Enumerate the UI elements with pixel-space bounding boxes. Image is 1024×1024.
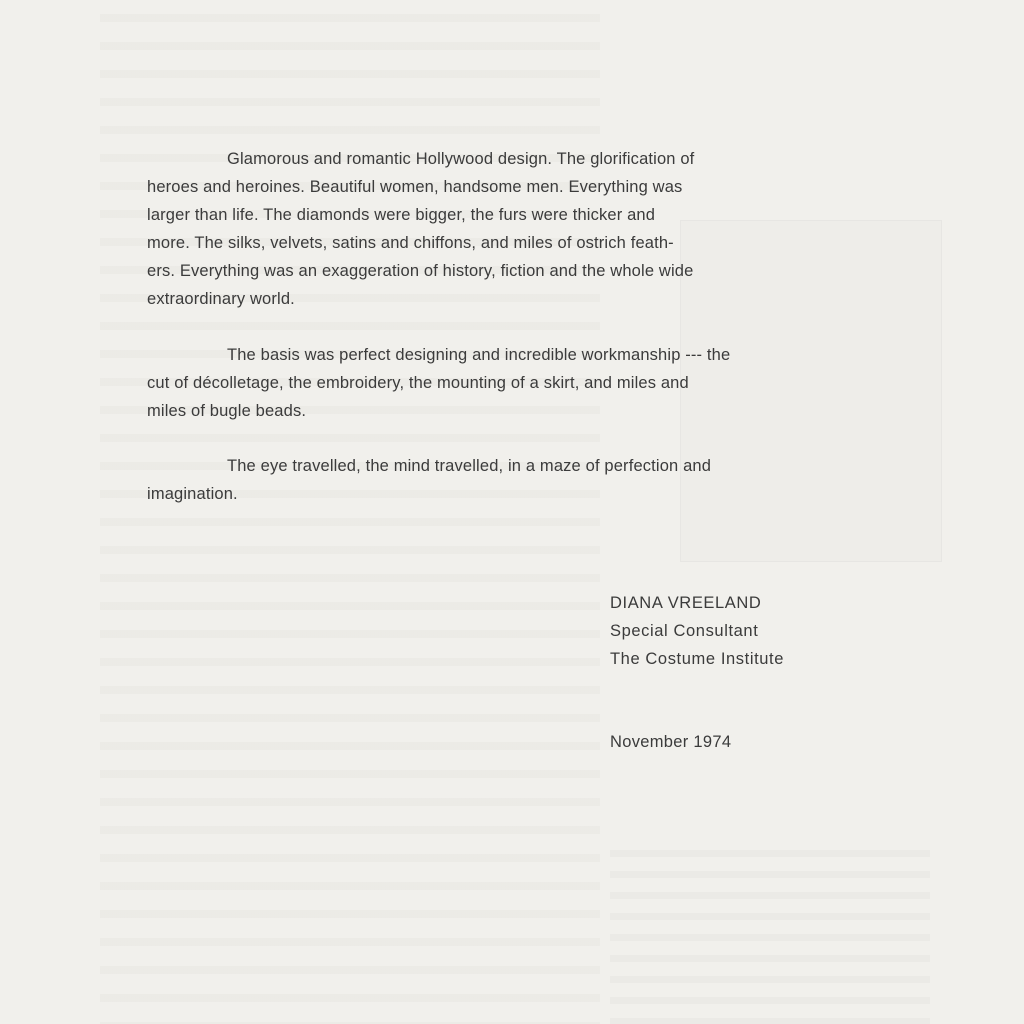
paragraph-imagination: The eye travelled, the mind travelled, i…: [147, 452, 711, 508]
text-line: The basis was perfect designing and incr…: [147, 341, 730, 369]
text-line: cut of décolletage, the embroidery, the …: [147, 369, 730, 397]
text-line: miles of bugle beads.: [147, 397, 730, 425]
text-line: ers. Everything was an exaggeration of h…: [147, 257, 694, 285]
signature-organization: The Costume Institute: [610, 645, 784, 673]
text-line: Glamorous and romantic Hollywood design.…: [147, 145, 694, 173]
text-line: The eye travelled, the mind travelled, i…: [147, 452, 711, 480]
signature-block: DIANA VREELAND Special Consultant The Co…: [610, 589, 784, 673]
paragraph-hollywood-design: Glamorous and romantic Hollywood design.…: [147, 145, 694, 313]
text-line: imagination.: [147, 480, 711, 508]
signature-name: DIANA VREELAND: [610, 589, 784, 617]
paragraph-workmanship: The basis was perfect designing and incr…: [147, 341, 730, 425]
bleed-through-texture-right: [610, 840, 930, 1024]
text-line: more. The silks, velvets, satins and chi…: [147, 229, 694, 257]
text-line: larger than life. The diamonds were bigg…: [147, 201, 694, 229]
text-line: extraordinary world.: [147, 285, 694, 313]
text-line: heroes and heroines. Beautiful women, ha…: [147, 173, 694, 201]
signature-title: Special Consultant: [610, 617, 784, 645]
document-date: November 1974: [610, 728, 731, 756]
